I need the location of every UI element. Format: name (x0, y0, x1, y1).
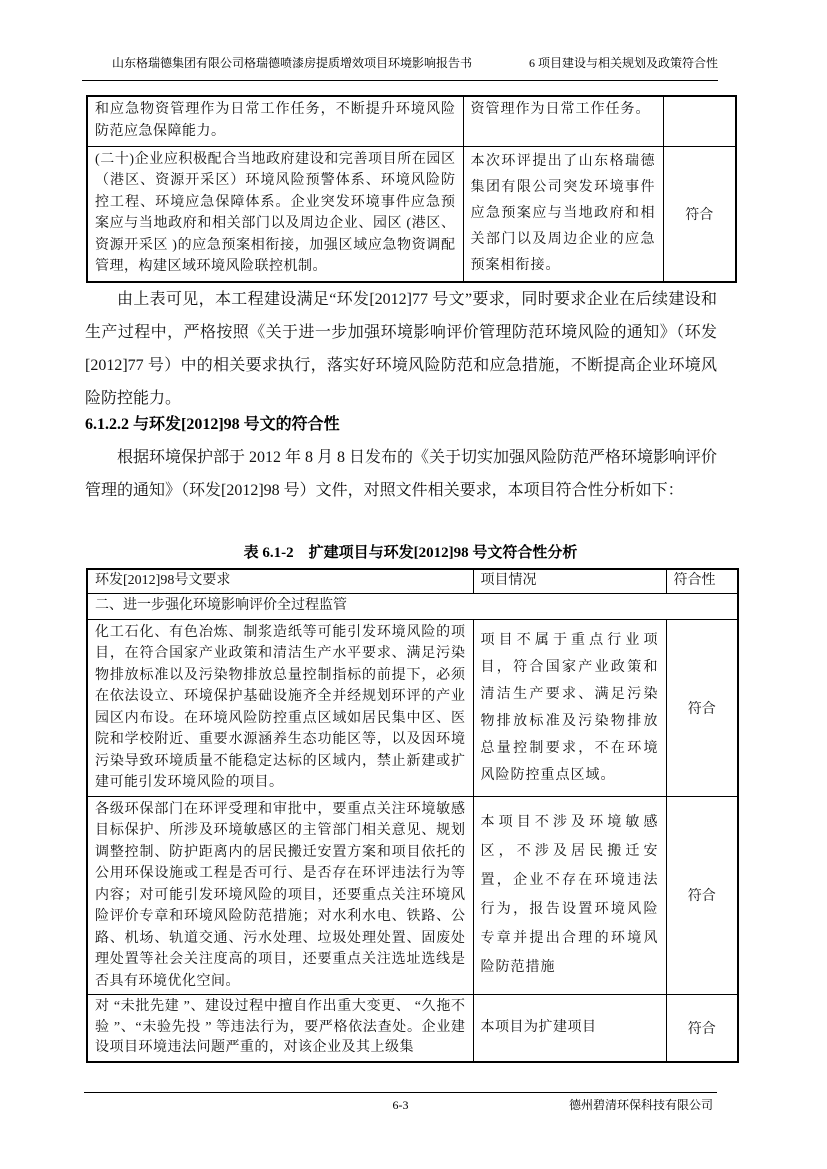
table-98-compliance: 环发[2012]98号文要求 项目情况 符合性 二、进一步强化环境影响评价全过程… (86, 568, 739, 1063)
conformity-cell: 符合 (666, 995, 738, 1062)
table-row: 化工石化、有色冶炼、制浆造纸等可能引发环境风险的项目，在符合国家产业政策和清洁生… (87, 619, 738, 796)
conformity-cell: 符合 (666, 796, 738, 995)
requirement-cell: 各级环保部门在环评受理和审批中，要重点关注环境敏感目标保护、所涉及环境敏感区的主… (87, 796, 473, 995)
table-header-row: 环发[2012]98号文要求 项目情况 符合性 (87, 569, 738, 593)
column-header-project: 项目情况 (473, 569, 666, 593)
table-row: 和应急物资管理作为日常工作任务，不断提升环境风险防范应急保障能力。 资管理作为日… (87, 96, 736, 146)
table-row: (二十)企业应积极配合当地政府建设和完善项目所在园区（港区、资源开采区）环境风险… (87, 146, 736, 282)
heading-6-1-2-2: 6.1.2.2 与环发[2012]98 号文的符合性 (85, 414, 717, 436)
conformity-cell: 符合 (663, 146, 736, 282)
paragraph-77-conclusion: 由上表可见，本工程建设满足“环发[2012]77 号文”要求，同时要求企业在后续… (85, 283, 717, 415)
requirement-cell: (二十)企业应积极配合当地政府建设和完善项目所在园区（港区、资源开采区）环境风险… (87, 146, 463, 282)
table-77-compliance-continuation: 和应急物资管理作为日常工作任务，不断提升环境风险防范应急保障能力。 资管理作为日… (86, 95, 737, 283)
conformity-cell: 符合 (666, 619, 738, 796)
page-footer: 6-3 德州碧清环保科技有限公司 (84, 1092, 717, 1098)
section-title-cell: 二、进一步强化环境影响评价全过程监管 (87, 593, 738, 619)
conformity-cell (663, 96, 736, 146)
table-row: 各级环保部门在环评受理和审批中，要重点关注环境敏感目标保护、所涉及环境敏感区的主… (87, 796, 738, 995)
footer-company-name: 德州碧清环保科技有限公司 (569, 1098, 713, 1113)
project-status-cell: 本项目不涉及环境敏感区，不涉及居民搬迁安置，企业不存在环境违法行为，报告设置环境… (473, 796, 666, 995)
requirement-cell: 和应急物资管理作为日常工作任务，不断提升环境风险防范应急保障能力。 (87, 96, 463, 146)
column-header-requirement: 环发[2012]98号文要求 (87, 569, 473, 593)
table-98-caption: 表 6.1-2 扩建项目与环发[2012]98 号文符合性分析 (86, 542, 735, 564)
project-status-cell: 本次环评提出了山东格瑞德集团有限公司突发环境事件应急预案应与当地政府和相关部门以… (463, 146, 663, 282)
paragraph-98-intro: 根据环境保护部于 2012 年 8 月 8 日发布的《关于切实加强风险防范严格环… (85, 441, 717, 507)
requirement-cell: 对 “未批先建 ”、建设过程中擅自作出重大变更、 “久拖不验 ”、“未验先投 ”… (87, 995, 473, 1062)
document-page: 山东格瑞德集团有限公司格瑞德喷漆房提质增效项目环境影响报告书 6 项目建设与相关… (0, 0, 827, 1169)
column-header-conformity: 符合性 (666, 569, 738, 593)
header-doc-title: 山东格瑞德集团有限公司格瑞德喷漆房提质增效项目环境影响报告书 (112, 56, 472, 71)
project-status-cell: 资管理作为日常工作任务。 (463, 96, 663, 146)
project-status-cell: 本项目为扩建项目 (473, 995, 666, 1062)
section-band-row: 二、进一步强化环境影响评价全过程监管 (87, 593, 738, 619)
requirement-cell: 化工石化、有色冶炼、制浆造纸等可能引发环境风险的项目，在符合国家产业政策和清洁生… (87, 619, 473, 796)
project-status-cell: 项目不属于重点行业项目，符合国家产业政策和清洁生产要求、满足污染物排放标准及污染… (473, 619, 666, 796)
header-chapter-title: 6 项目建设与相关规划及政策符合性 (529, 56, 718, 71)
table-row: 对 “未批先建 ”、建设过程中擅自作出重大变更、 “久拖不验 ”、“未验先投 ”… (87, 995, 738, 1062)
page-header: 山东格瑞德集团有限公司格瑞德喷漆房提质增效项目环境影响报告书 6 项目建设与相关… (82, 56, 718, 81)
